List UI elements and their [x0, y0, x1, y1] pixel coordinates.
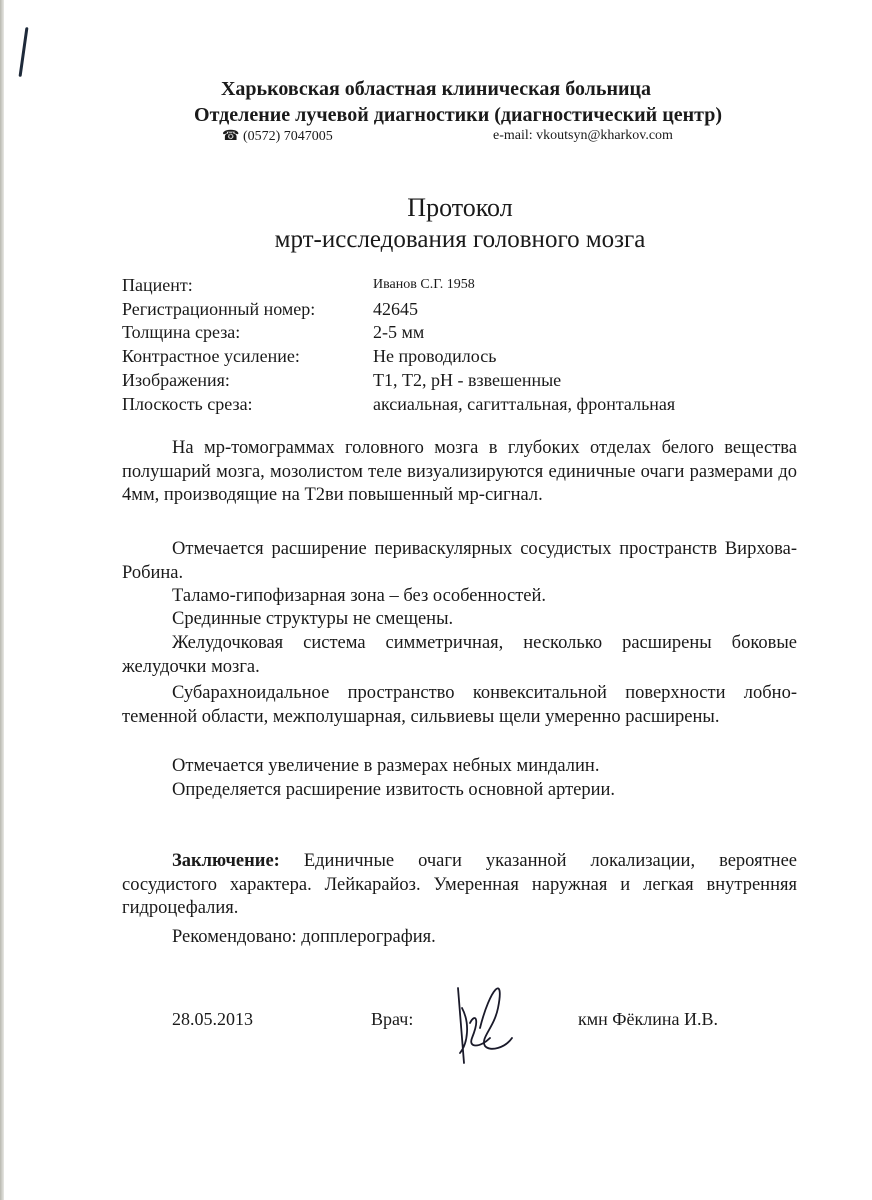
phone-line: ☎ (0572) 7047005: [222, 128, 333, 145]
field-value-images: Т1, Т2, pH - взвешенные: [373, 370, 561, 390]
report-date: 28.05.2013: [172, 1009, 253, 1030]
field-value-patient: Иванов С.Г. 1958: [373, 275, 475, 295]
conclusion-label: Заключение:: [172, 851, 280, 871]
department-name: Отделение лучевой диагностики (диагности…: [22, 104, 872, 127]
phone-icon: ☎: [222, 129, 239, 144]
field-label-reg-number: Регистрационный номер:: [122, 299, 315, 319]
signature-icon: [450, 968, 520, 1068]
pen-mark: [19, 27, 29, 77]
document-title: Протокол: [0, 193, 872, 223]
field-label-slice-thickness: Толщина среза:: [122, 322, 240, 342]
findings-paragraph-7: Отмечается увеличение в размерах небных …: [122, 755, 797, 779]
scan-edge: [0, 0, 4, 1200]
findings-paragraph-6: Субарахноидальное пространство конвексит…: [122, 682, 797, 729]
findings-paragraph-3: Таламо-гипофизарная зона – без особеннос…: [122, 585, 797, 609]
field-value-slice-plane: аксиальная, сагиттальная, фронтальная: [373, 394, 675, 414]
phone-number: (0572) 7047005: [243, 129, 333, 144]
hospital-name: Харьковская областная клиническая больни…: [0, 78, 872, 101]
doctor-label: Врач:: [371, 1009, 413, 1030]
field-label-patient: Пациент:: [122, 275, 193, 295]
email: e-mail: vkoutsyn@kharkov.com: [493, 128, 673, 144]
document-subtitle: мрт-исследования головного мозга: [0, 226, 872, 254]
findings-paragraph-4: Срединные структуры не смещены.: [122, 608, 797, 632]
conclusion-paragraph: Заключение: Единичные очаги указанной ло…: [122, 850, 797, 921]
field-label-contrast: Контрастное усиление:: [122, 346, 300, 366]
doctor-name: кмн Фёклина И.В.: [578, 1009, 718, 1030]
field-label-slice-plane: Плоскость среза:: [122, 394, 253, 414]
field-value-slice-thickness: 2-5 мм: [373, 322, 424, 342]
field-label-images: Изображения:: [122, 370, 230, 390]
findings-paragraph-8: Определяется расширение извитость основн…: [122, 779, 797, 803]
findings-paragraph-5: Желудочковая система симметричная, неско…: [122, 632, 797, 679]
findings-paragraph-1: На мр-томограммах головного мозга в глуб…: [122, 437, 797, 508]
findings-paragraph-2: Отмечается расширение периваскулярных со…: [122, 538, 797, 585]
field-value-reg-number: 42645: [373, 299, 418, 319]
recommendation: Рекомендовано: допплерография.: [122, 926, 797, 950]
field-value-contrast: Не проводилось: [373, 346, 496, 366]
